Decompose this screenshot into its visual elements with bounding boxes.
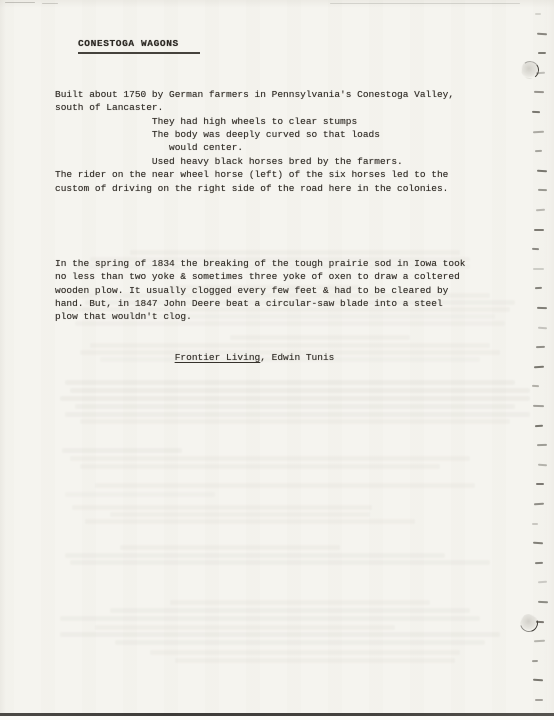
perforation-mark bbox=[538, 463, 547, 466]
text-line: custom of driving on the right side of t… bbox=[55, 182, 535, 195]
perforation-mark bbox=[533, 130, 544, 133]
paragraph-wagons: Built about 1750 by German farmers in Pe… bbox=[55, 88, 535, 195]
attribution-author: , Edwin Tunis bbox=[260, 352, 334, 363]
perforation-mark bbox=[536, 209, 545, 212]
bleed-through-ghost-line bbox=[95, 483, 475, 488]
top-edge-mark bbox=[42, 3, 58, 4]
bleed-through-ghost-line bbox=[110, 608, 470, 613]
paragraph-gap bbox=[55, 222, 535, 230]
top-edge-mark bbox=[330, 3, 520, 4]
bleed-through-ghost-line bbox=[150, 650, 460, 655]
perforation-mark bbox=[535, 150, 542, 152]
perforation-mark bbox=[535, 287, 542, 290]
perforation-mark bbox=[537, 444, 547, 446]
bleed-through-ghost-line bbox=[70, 456, 470, 461]
bleed-through-ghost-line bbox=[65, 412, 530, 417]
text-line: Built about 1750 by German farmers in Pe… bbox=[55, 88, 535, 101]
text-line: would center. bbox=[55, 141, 535, 154]
attribution-work-title: Frontier Living bbox=[175, 352, 261, 363]
perforation-mark bbox=[532, 660, 538, 662]
perforation-mark bbox=[534, 366, 544, 369]
bleed-through-ghost-line bbox=[120, 545, 340, 550]
perforation-mark bbox=[537, 169, 547, 172]
text-line: In the spring of 1834 the breaking of th… bbox=[55, 257, 535, 270]
paragraph-plow: In the spring of 1834 the breaking of th… bbox=[55, 257, 535, 324]
perforation-mark bbox=[538, 601, 548, 604]
bleed-through-ghost-line bbox=[65, 553, 445, 558]
perforation-mark bbox=[532, 523, 538, 525]
bleed-through-ghost-line bbox=[170, 600, 430, 605]
perforation-mark bbox=[536, 346, 545, 349]
perforation-mark bbox=[534, 91, 544, 94]
perforation-mark bbox=[536, 71, 546, 74]
text-line: hand. But, in 1847 John Deere beat a cir… bbox=[55, 297, 535, 310]
scanned-page: CONESTOGA WAGONS Built about 1750 by Ger… bbox=[0, 0, 554, 720]
perforation-mark bbox=[533, 679, 543, 682]
bleed-through-ghost-line bbox=[110, 512, 370, 517]
bleed-through-ghost-line bbox=[70, 560, 490, 565]
perforation-mark bbox=[535, 13, 541, 15]
bleed-through-ghost-line bbox=[62, 448, 182, 453]
bleed-through-ghost-line bbox=[65, 492, 215, 497]
text-line: They had high wheels to clear stumps bbox=[55, 115, 535, 128]
perforation-mark bbox=[536, 620, 544, 623]
bleed-through-ghost-line bbox=[60, 616, 480, 621]
perforation-mark bbox=[533, 268, 544, 270]
bleed-through-ghost-line bbox=[60, 632, 500, 637]
page-title: CONESTOGA WAGONS bbox=[78, 38, 200, 54]
bleed-through-ghost-line bbox=[80, 464, 440, 469]
text-line: Used heavy black horses bred by the farm… bbox=[55, 155, 535, 168]
bleed-through-ghost-line bbox=[72, 505, 372, 510]
perforation-mark bbox=[533, 640, 544, 643]
perforation-mark bbox=[538, 52, 546, 54]
text-line: The rider on the near wheel horse (left)… bbox=[55, 168, 535, 181]
text-line: The body was deeply curved so that loads bbox=[55, 128, 535, 141]
perforation-mark bbox=[538, 326, 547, 329]
top-edge-mark bbox=[5, 2, 35, 3]
bleed-through-ghost-line bbox=[80, 419, 510, 424]
bleed-through-ghost-line bbox=[175, 658, 455, 663]
binder-hole-smudge-bottom bbox=[517, 611, 541, 635]
bleed-through-ghost-line bbox=[115, 640, 485, 645]
perforation-mark bbox=[533, 503, 543, 506]
perforation-mark bbox=[537, 307, 547, 309]
attribution-line: Frontier Living, Edwin Tunis bbox=[55, 351, 535, 364]
text-line: plow that wouldn't clog. bbox=[55, 310, 535, 323]
bleed-through-ghost-line bbox=[60, 396, 530, 401]
perforation-mark bbox=[537, 581, 547, 584]
bleed-through-ghost-line bbox=[85, 519, 415, 524]
perforation-mark bbox=[533, 405, 544, 408]
perforation-mark bbox=[533, 542, 544, 545]
perforation-mark bbox=[535, 562, 543, 564]
bleed-through-ghost-line bbox=[95, 625, 395, 630]
typewritten-text: Built about 1750 by German farmers in Pe… bbox=[55, 61, 535, 391]
perforation-mark bbox=[538, 189, 547, 191]
perforation-mark bbox=[535, 424, 543, 427]
scanner-background-strip bbox=[0, 716, 554, 720]
perforation-mark bbox=[536, 483, 544, 485]
text-line: south of Lancaster. bbox=[55, 101, 535, 114]
text-line: no less than two yoke & sometimes three … bbox=[55, 270, 535, 283]
text-line: wooden plow. It usually clogged every fe… bbox=[55, 284, 535, 297]
perforation-mark bbox=[537, 32, 548, 35]
perforation-mark bbox=[534, 229, 544, 231]
bleed-through-ghost-line bbox=[75, 404, 515, 409]
perforation-mark bbox=[535, 699, 543, 701]
